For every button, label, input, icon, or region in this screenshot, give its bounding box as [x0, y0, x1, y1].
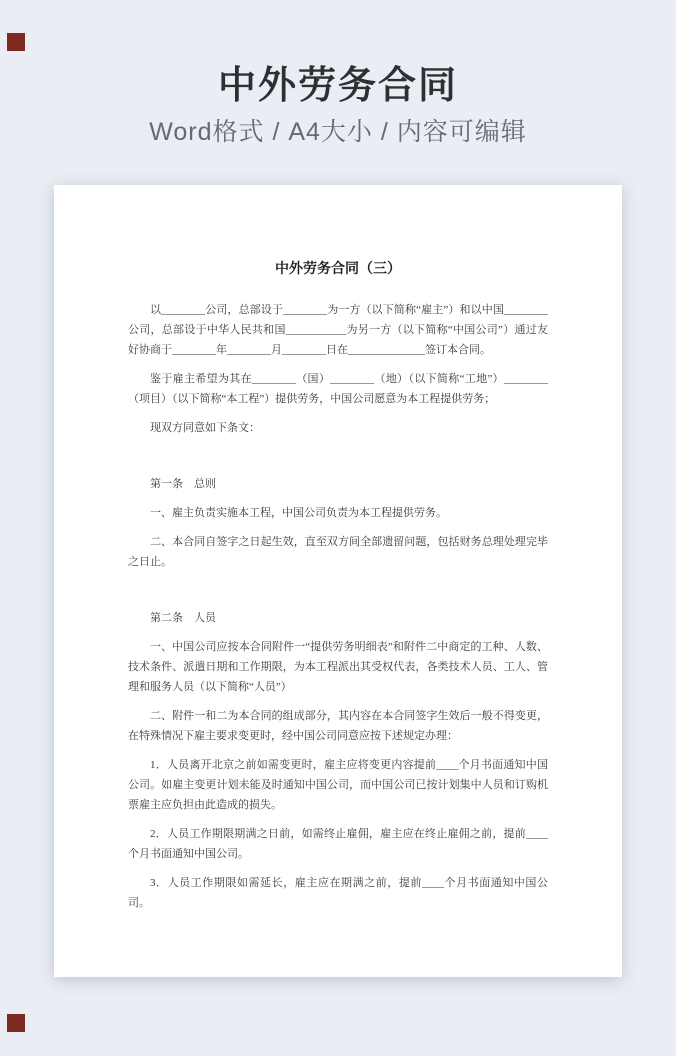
contract-paragraph: 二、本合同自签字之日起生效，直至双方间全部遗留问题，包括财务总理处理完毕之日止。 [128, 532, 548, 572]
contract-paragraph: 现双方同意如下条文： [128, 418, 548, 438]
corner-mark-top [7, 33, 25, 51]
contract-paragraph: 2．人员工作期限期满之日前，如需终止雇佣，雇主应在终止雇佣之前，提前____个月… [128, 824, 548, 864]
page-subtitle: Word格式 / A4大小 / 内容可编辑 [0, 119, 676, 146]
section-heading: 第二条 人员 [128, 608, 548, 628]
contract-paragraph: 1．人员离开北京之前如需变更时，雇主应将变更内容提前____个月书面通知中国公司… [128, 755, 548, 815]
section-heading: 第一条 总则 [128, 474, 548, 494]
contract-paragraph: 3．人员工作期限如需延长，雇主应在期满之前，提前____个月书面通知中国公司。 [128, 873, 548, 913]
document-page: 中外劳务合同（三） 以________公司，总部设于________为一方（以下… [54, 185, 622, 977]
corner-mark-bottom [7, 1014, 25, 1032]
page-title: 中外劳务合同 [0, 66, 676, 106]
header: 中外劳务合同 Word格式 / A4大小 / 内容可编辑 [0, 66, 676, 146]
document-body: 以________公司，总部设于________为一方（以下简称“雇主”）和以中… [128, 300, 548, 913]
page-background: 中外劳务合同 Word格式 / A4大小 / 内容可编辑 中外劳务合同（三） 以… [0, 0, 676, 1056]
contract-paragraph: 一、中国公司应按本合同附件一“提供劳务明细表”和附件二中商定的工种、人数、技术条… [128, 637, 548, 697]
contract-paragraph: 一、雇主负责实施本工程，中国公司负责为本工程提供劳务。 [128, 503, 548, 523]
contract-paragraph: 以________公司，总部设于________为一方（以下简称“雇主”）和以中… [128, 300, 548, 360]
contract-paragraph: 鉴于雇主希望为其在________（国）________（地）（以下简称“工地”… [128, 369, 548, 409]
document-title: 中外劳务合同（三） [128, 261, 548, 278]
contract-paragraph: 二、附件一和二为本合同的组成部分，其内容在本合同签字生效后一般不得变更，在特殊情… [128, 706, 548, 746]
